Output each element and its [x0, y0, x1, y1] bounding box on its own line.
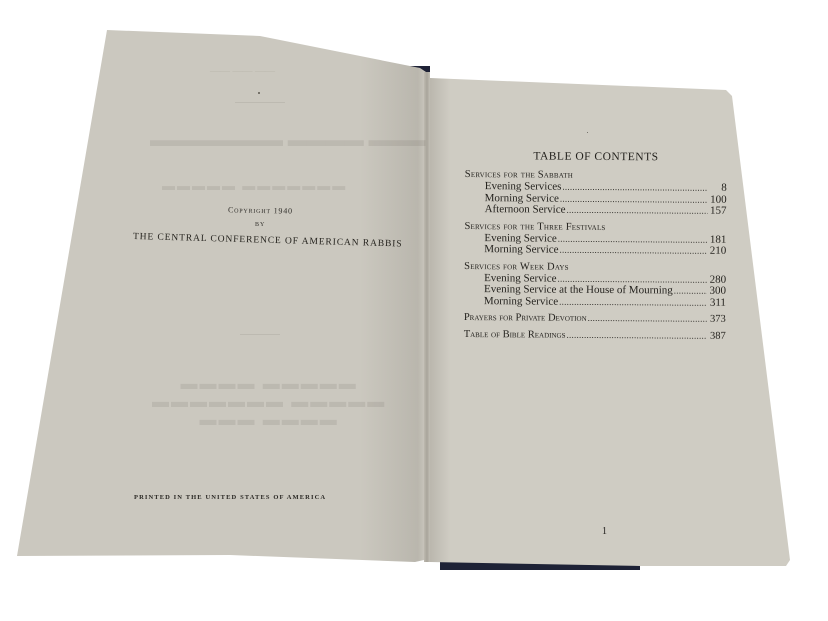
bleed-through-rule: [235, 102, 285, 103]
table-of-contents: TABLE OF CONTENTS Services for the Sabba…: [464, 150, 727, 347]
toc-entry: Afternoon Service 157: [465, 204, 727, 217]
bleed-through-stamp: ▬▬▬▬▬ ▬▬▬▬▬▬▬▬▬ ▬▬▬▬▬▬▬▬▬▬▬ ▬▬▬: [150, 375, 384, 429]
printed-in-line: PRINTED IN THE UNITED STATES OF AMERICA: [134, 494, 326, 501]
toc-entry-label: Prayers for Private Devotion: [464, 312, 587, 324]
bleed-through-title: ▬▬▬ ▬▬▬▬ ▬▬▬▬▬▬▬: [150, 130, 426, 152]
bleed-through-rule: [240, 334, 280, 335]
leader-dots: [559, 296, 707, 309]
by-line: BY: [255, 222, 265, 228]
page-number: 1: [602, 526, 607, 537]
toc-entry-page: 373: [708, 314, 726, 326]
toc-entry-top-level: Table of Bible Readings 387: [464, 328, 726, 341]
leader-dots: [559, 245, 707, 258]
toc-section: Prayers for Private Devotion 373: [464, 312, 726, 325]
leader-dots: [566, 329, 706, 341]
paper-speck: [258, 92, 260, 94]
leader-dots: [562, 182, 707, 195]
toc-entry-label: Table of Bible Readings: [464, 328, 566, 340]
toc-entry-label: Morning Service: [484, 296, 558, 308]
toc-section: Services for the Three Festivals Evening…: [464, 220, 726, 257]
leader-dots: [566, 205, 707, 217]
leader-dots: [560, 193, 708, 206]
toc-section: Table of Bible Readings 387: [464, 328, 726, 341]
toc-entry: Morning Service 311: [464, 295, 726, 308]
toc-section: Services for Week Days Evening Service 2…: [464, 260, 726, 308]
toc-entry-page: 210: [708, 246, 726, 258]
toc-entry-page: 300: [708, 286, 726, 298]
toc-entry-label: Morning Service: [484, 244, 558, 256]
leader-dots: [674, 285, 707, 297]
paper-speck: [587, 132, 588, 133]
copyright-line: Copyright 1940: [228, 205, 293, 215]
toc-entry-page: 8: [709, 183, 727, 195]
bleed-through-subtitle: ▬▬▬▬▬▬▬ ▬▬▬▬▬: [160, 178, 345, 194]
toc-title: TABLE OF CONTENTS: [465, 150, 727, 164]
toc-entry-page: 387: [708, 330, 726, 342]
leader-dots: [588, 313, 707, 325]
toc-entry-top-level: Prayers for Private Devotion 373: [464, 312, 726, 325]
toc-section: Services for the Sabbath Evening Service…: [465, 169, 727, 217]
toc-entry-page: 311: [708, 297, 726, 309]
toc-entry-page: 157: [709, 206, 727, 218]
bleed-through-line-1: —— —— ——: [210, 66, 275, 77]
toc-entry-label: Afternoon Service: [485, 204, 566, 216]
toc-entry: Morning Service 210: [464, 244, 726, 257]
